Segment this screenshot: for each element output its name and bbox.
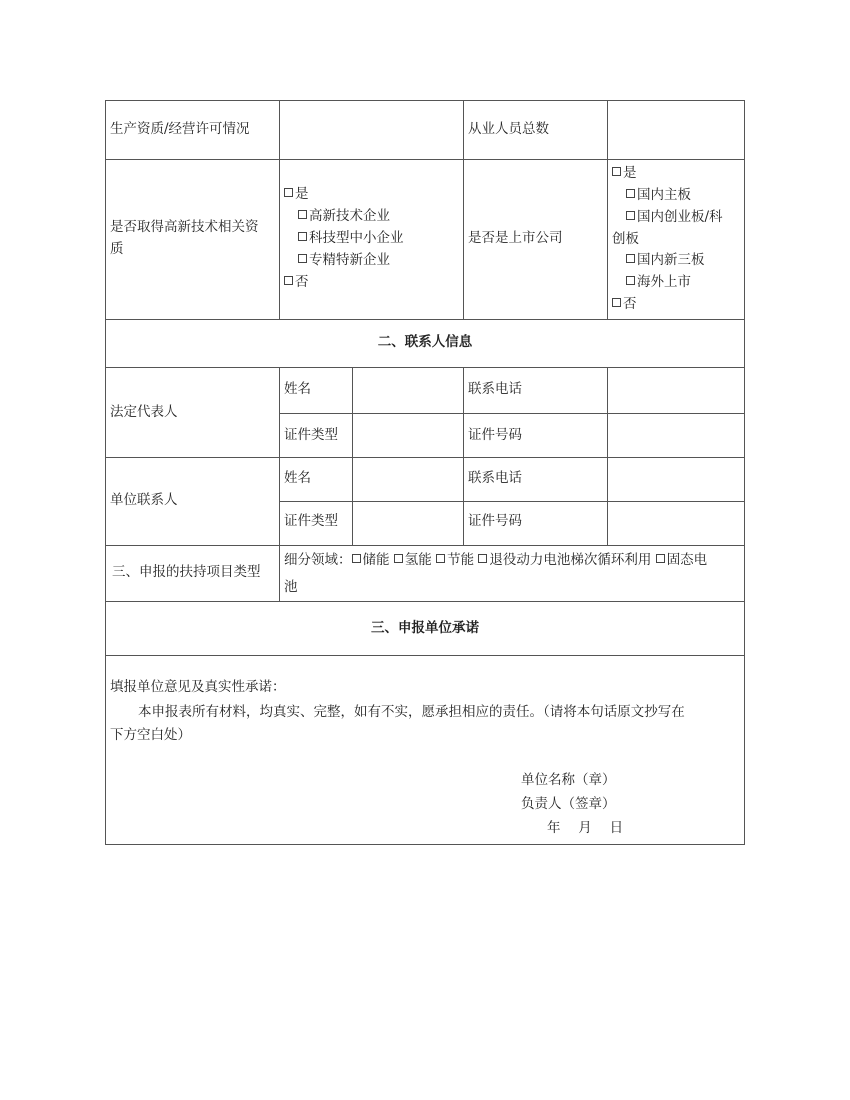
form-page: 生产资质/经营许可情况 从业人员总数 是否取得高新技术相关资 质 是 高新技术企… [0, 0, 850, 1100]
contact-id-type-label: 证件类型 [284, 510, 338, 532]
listed-option-sub[interactable]: 海外上市 [626, 271, 691, 293]
legal-rep-label: 法定代表人 [110, 401, 178, 423]
checkbox-icon[interactable] [626, 254, 635, 263]
legal-rep-phone-label: 联系电话 [468, 378, 522, 400]
table-border-left [105, 100, 106, 845]
unit-name-seal: 单位名称（章） [521, 769, 616, 791]
checkbox-icon[interactable] [626, 211, 635, 220]
row-divider [105, 601, 745, 602]
checkbox-icon[interactable] [284, 188, 293, 197]
hightech-label-line2: 质 [110, 238, 124, 260]
commitment-writing-area[interactable] [106, 748, 496, 843]
checkbox-icon[interactable] [394, 554, 403, 563]
license-label: 生产资质/经营许可情况 [110, 118, 250, 140]
hightech-option-sub[interactable]: 专精特新企业 [298, 249, 390, 271]
employee-count-label: 从业人员总数 [468, 118, 549, 140]
row-divider [105, 319, 745, 320]
checkbox-icon[interactable] [656, 554, 665, 563]
project-type-prefix: 细分领域： [284, 552, 352, 568]
employee-count-field[interactable] [608, 101, 744, 159]
contact-label: 单位联系人 [110, 489, 178, 511]
hightech-option-no[interactable]: 否 [284, 271, 309, 293]
project-option[interactable]: 节能 [436, 552, 474, 568]
listed-option-wrap: 创板 [612, 228, 639, 250]
contact-id-no-field[interactable] [608, 502, 744, 545]
table-border-right [744, 100, 745, 845]
hightech-option-sub[interactable]: 科技型中小企业 [298, 227, 404, 249]
col-divider [463, 367, 464, 545]
legal-rep-id-type-label: 证件类型 [284, 424, 338, 446]
listed-option-yes[interactable]: 是 [612, 162, 637, 184]
listed-company-label: 是否是上市公司 [468, 227, 563, 249]
contact-id-type-field[interactable] [353, 502, 463, 545]
checkbox-icon[interactable] [478, 554, 487, 563]
contact-id-no-label: 证件号码 [468, 510, 522, 532]
project-option[interactable]: 固态电 [656, 552, 708, 568]
section-title-contacts: 二、联系人信息 [105, 331, 745, 353]
commitment-body-line2: 下方空白处） [110, 724, 191, 746]
legal-rep-name-field[interactable] [353, 368, 463, 413]
project-type-label: 三、申报的扶持项目类型 [112, 561, 261, 583]
sign-date: 年 月 日 [547, 817, 623, 839]
legal-rep-id-type-field[interactable] [353, 414, 463, 457]
hightech-option-sub[interactable]: 高新技术企业 [298, 205, 390, 227]
checkbox-icon[interactable] [626, 189, 635, 198]
checkbox-icon[interactable] [612, 167, 621, 176]
contact-phone-field[interactable] [608, 458, 744, 501]
row-divider [105, 159, 745, 160]
checkbox-icon[interactable] [436, 554, 445, 563]
listed-option-sub[interactable]: 国内创业板/科 [626, 206, 723, 228]
project-option[interactable]: 退役动力电池梯次循环利用 [478, 552, 651, 568]
legal-rep-name-label: 姓名 [284, 378, 311, 400]
project-type-wrap: 池 [284, 576, 298, 598]
responsible-signature: 负责人（签章） [521, 793, 616, 815]
contact-name-field[interactable] [353, 458, 463, 501]
col-divider [279, 367, 280, 601]
checkbox-icon[interactable] [298, 232, 307, 241]
listed-option-sub[interactable]: 国内新三板 [626, 249, 705, 271]
table-border-bottom [105, 844, 745, 845]
section-title-commitment: 三、申报单位承诺 [105, 617, 745, 639]
project-option[interactable]: 氢能 [394, 552, 432, 568]
legal-rep-id-no-label: 证件号码 [468, 424, 522, 446]
contact-phone-label: 联系电话 [468, 467, 522, 489]
checkbox-icon[interactable] [626, 276, 635, 285]
row-divider [105, 655, 745, 656]
checkbox-icon[interactable] [298, 210, 307, 219]
checkbox-icon[interactable] [612, 298, 621, 307]
checkbox-icon[interactable] [284, 276, 293, 285]
legal-rep-id-no-field[interactable] [608, 414, 744, 457]
row-divider [105, 545, 745, 546]
col-divider [463, 100, 464, 319]
commitment-body-line1: 本申报表所有材料，均真实、完整，如有不实，愿承担相应的责任。（请将本句话原文抄写… [138, 701, 685, 723]
commitment-heading: 填报单位意见及真实性承诺： [110, 676, 286, 698]
license-field[interactable] [280, 101, 463, 159]
project-option[interactable]: 储能 [352, 552, 390, 568]
contact-name-label: 姓名 [284, 467, 311, 489]
listed-option-no[interactable]: 否 [612, 293, 637, 315]
hightech-option-yes[interactable]: 是 [284, 183, 309, 205]
listed-option-sub[interactable]: 国内主板 [626, 184, 691, 206]
project-type-options: 细分领域：储能 氢能 节能 退役动力电池梯次循环利用 固态电 [284, 549, 707, 571]
checkbox-icon[interactable] [352, 554, 361, 563]
legal-rep-phone-field[interactable] [608, 368, 744, 413]
checkbox-icon[interactable] [298, 254, 307, 263]
hightech-label-line1: 是否取得高新技术相关资 [110, 216, 259, 238]
